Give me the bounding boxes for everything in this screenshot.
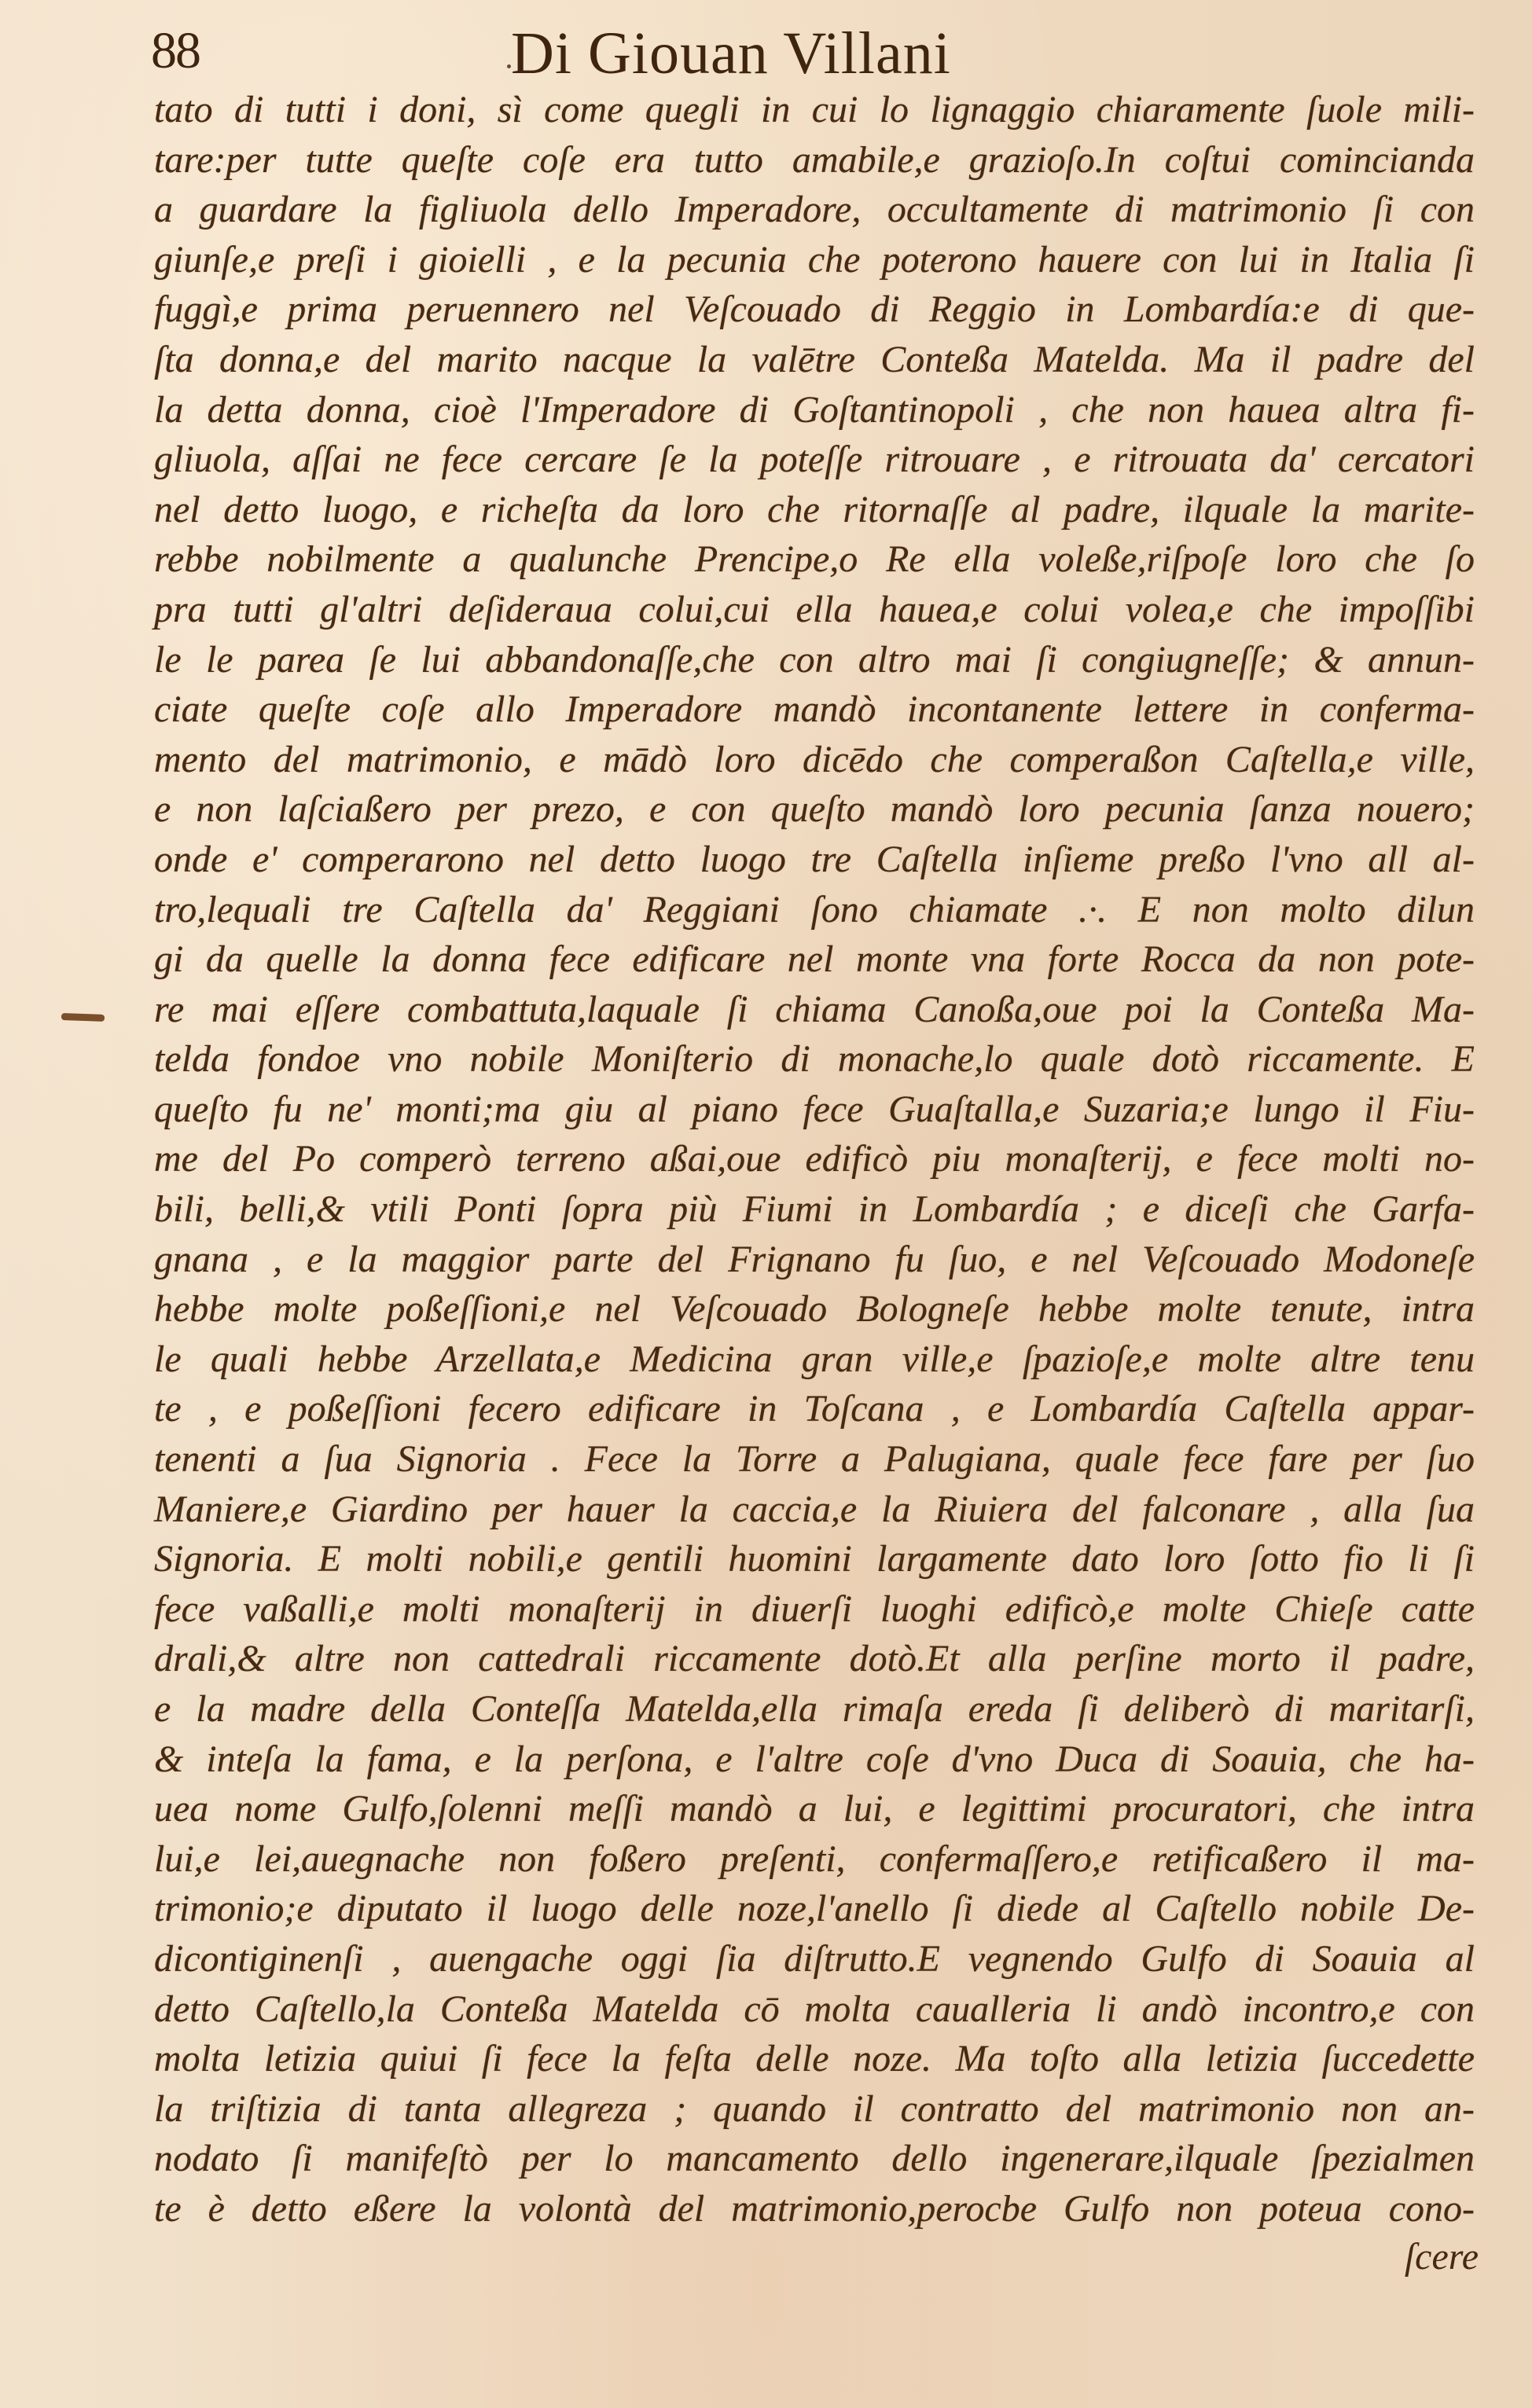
text-line: nodato ſi manifeſtò per lo mancamento de… [154,2134,1475,2184]
text-line: ciate queſte coſe allo Imperadore mandò … [154,685,1475,735]
text-line: onde e' comperarono nel detto luogo tre … [154,835,1475,885]
body-text: tato di tutti i doni, sì come quegli in … [154,85,1475,2234]
text-line: a guardare la figliuola dello Imperadore… [154,185,1475,235]
text-line: molta letizia quiui ſi fece la feſta del… [154,2034,1475,2084]
text-line: queſto fu ne' monti;ma giu al piano fece… [154,1085,1475,1135]
text-line: detto Caſtello,la Conteßa Matelda cō mol… [154,1984,1475,2035]
text-line: mento del matrimonio, e mādò loro dicēdo… [154,735,1475,785]
catchword: ſcere [1405,2238,1479,2276]
text-line: re mai eſſere combattuta,laquale ſi chia… [154,985,1475,1035]
text-line: la detta donna, cioè l'Imperadore di Goſ… [154,385,1475,435]
text-line: gi da quelle la donna fece edificare nel… [154,934,1475,985]
text-line: giunſe,e preſi i gioielli , e la pecunia… [154,235,1475,285]
page-number: 88 [151,25,200,77]
text-line: fuggì,e prima peruennero nel Veſcouado d… [154,284,1475,335]
text-line: tato di tutti i doni, sì come quegli in … [154,85,1475,135]
book-page: 88 Di Giouan Villani tato di tutti i don… [0,0,1532,2408]
text-line: tare:per tutte queſte coſe era tutto ama… [154,135,1475,185]
text-line: fece vaßalli,e molti monaſterij in diuer… [154,1584,1475,1635]
running-title: Di Giouan Villani [511,24,951,83]
text-line: e non laſciaßero per prezo, e con queſto… [154,784,1475,835]
text-line: & inteſa la fama, e la perſona, e l'altr… [154,1734,1475,1785]
margin-dash-mark [61,1013,105,1022]
text-line: e la madre della Conteſſa Matelda,ella r… [154,1684,1475,1734]
text-line: rebbe nobilmente a qualunche Prencipe,o … [154,534,1475,585]
text-line: te è detto eßere la volontà del matrimon… [154,2184,1475,2234]
text-line: Signoria. E molti nobili,e gentili huomi… [154,1534,1475,1584]
text-line: tenenti a ſua Signoria . Fece la Torre a… [154,1434,1475,1485]
text-line: lui,e lei,auegnache non foßero preſenti,… [154,1834,1475,1885]
text-line: ſta donna,e del marito nacque la valētre… [154,335,1475,385]
text-line: pra tutti gl'altri deſideraua colui,cui … [154,585,1475,635]
text-line: le quali hebbe Arzellata,e Medicina gran… [154,1334,1475,1385]
text-line: hebbe molte poßeſſioni,e nel Veſcouado B… [154,1284,1475,1334]
text-line: tro,lequali tre Caſtella da' Reggiani ſo… [154,885,1475,935]
text-line: me del Po comperò terreno aßai,oue edifi… [154,1134,1475,1184]
text-line: Maniere,e Giardino per hauer la caccia,e… [154,1485,1475,1535]
text-line: gliuola, aſſai ne fece cercare ſe la pot… [154,435,1475,485]
text-line: drali,& altre non cattedrali riccamente … [154,1634,1475,1684]
text-line: le le parea ſe lui abbandonaſſe,che con … [154,635,1475,685]
text-line: trimonio;e diputato il luogo delle noze,… [154,1884,1475,1934]
text-line: dicontiginenſi , auengache oggi ſia diſt… [154,1934,1475,1984]
text-line: nel detto luogo, e richeſta da loro che … [154,485,1475,535]
text-line: telda fondoe vno nobile Moniſterio di mo… [154,1034,1475,1085]
text-line: bili, belli,& vtili Ponti ſopra più Fium… [154,1184,1475,1235]
text-line: uea nome Gulfo,ſolenni meſſi mandò a lui… [154,1784,1475,1834]
text-line: la triſtizia di tanta allegreza ; quando… [154,2084,1475,2135]
text-line: gnana , e la maggior parte del Frignano … [154,1235,1475,1285]
text-line: te , e poßeſſioni fecero edificare in To… [154,1384,1475,1434]
